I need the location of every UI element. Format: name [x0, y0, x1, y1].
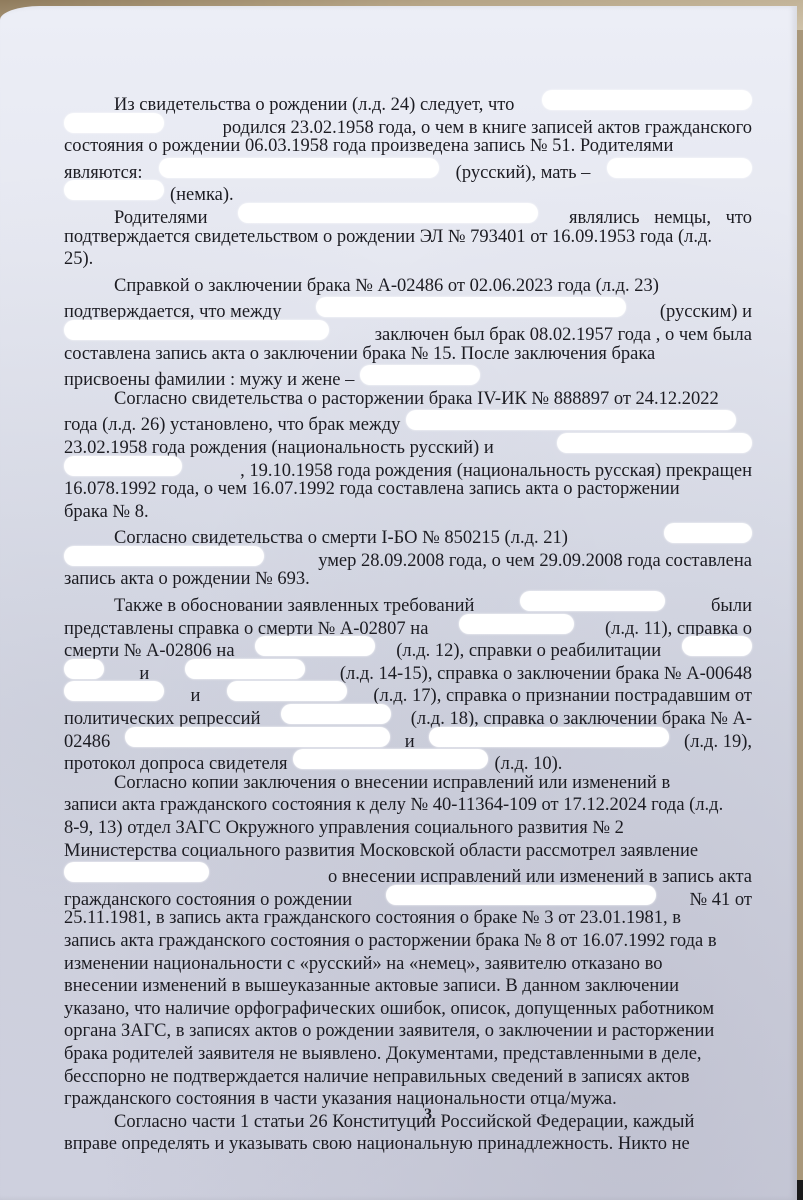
redacted-name [557, 433, 752, 453]
redacted-name [64, 180, 164, 200]
text-line: 8-9, 13) отдел ЗАГС Окружного управления… [64, 817, 624, 840]
paragraph-parents-germans: Родителями являлись немцы, что подтвержд… [64, 203, 752, 271]
text-line: Справкой о заключении брака № А-02486 от… [114, 275, 659, 298]
text-line: запись акта о рождении № 693. [64, 568, 310, 591]
paragraph-supporting-documents: Также в обосновании заявленных требовани… [64, 591, 752, 772]
redacted-name [255, 636, 375, 656]
paragraph-divorce-certificate: Согласно свидетельства о расторжении бра… [64, 388, 752, 524]
text-line: 02486 [64, 731, 110, 754]
redacted-name [185, 659, 305, 679]
text-line: записи акта гражданского состояния к дел… [64, 794, 723, 817]
text-line: запись акта гражданского состояния о рас… [64, 930, 717, 953]
redacted-name [542, 90, 752, 110]
text-line: (немка). [170, 184, 234, 207]
redacted-name [238, 203, 538, 223]
paragraph-birth-certificate: Из свидетельства о рождении (л.д. 24) сл… [64, 90, 752, 203]
text-line: (л.д. 19), [684, 731, 752, 754]
redacted-name [64, 659, 104, 679]
text-line: составлена запись акта о заключении брак… [64, 343, 655, 366]
text-line: (л.д. 17), справка о признании пострадав… [373, 685, 752, 708]
text-line: 25). [64, 248, 93, 271]
redacted-name [64, 456, 182, 476]
text-line: подтверждается свидетельством о рождении… [64, 226, 712, 249]
paragraph-zags-conclusion: Согласно копии заключения о внесении исп… [64, 772, 752, 1111]
text-line: Согласно части 1 статьи 26 Конституции Р… [114, 1111, 694, 1134]
text-line: представлены справка о смерти № А-02807 … [64, 618, 428, 641]
text-line: Согласно свидетельства о расторжении бра… [114, 388, 719, 411]
redacted-name [64, 320, 329, 340]
text-line: указано, что наличие орфографических оши… [64, 998, 714, 1021]
redacted-name [64, 681, 164, 701]
redacted-name [316, 297, 626, 317]
redacted-name [64, 113, 164, 133]
text-line: внесении изменений в вышеуказанные актов… [64, 975, 679, 998]
redacted-name [607, 158, 752, 178]
text-line: № 41 от [690, 889, 753, 912]
redacted-name [281, 704, 391, 724]
text-line: (л.д. 14-15), справка о заключении брака… [340, 663, 752, 686]
redacted-name [159, 158, 439, 178]
redacted-name [360, 365, 480, 385]
text-line: были [711, 595, 752, 618]
text-line: вправе определять и указывать свою нацио… [64, 1133, 690, 1156]
redacted-name [64, 546, 264, 566]
text-line: (русским) и [660, 301, 752, 324]
redacted-name [227, 681, 347, 701]
text-line: брака № 8. [64, 501, 149, 524]
paragraph-constitution: Согласно части 1 статьи 26 Конституции Р… [64, 1111, 752, 1156]
paragraph-death-certificate: Согласно свидетельства о смерти I-БО № 8… [64, 523, 752, 591]
redacted-name [406, 410, 736, 430]
text-line: Из свидетельства о рождении (л.д. 24) сл… [114, 94, 514, 117]
text-line: (л.д. 12), справки о реабилитации [396, 640, 661, 663]
redacted-name [293, 749, 488, 769]
text-line: состояния о рождении 06.03.1958 года про… [64, 135, 673, 158]
redacted-name [682, 636, 752, 656]
text-line: изменении национальности с «русский» на … [64, 953, 663, 976]
redacted-name [429, 727, 669, 747]
text-line: умер 28.09.2008 года, о чем 29.09.2008 г… [318, 550, 752, 573]
text-line: Также в обосновании заявленных требовани… [114, 595, 474, 618]
text-line: Согласно копии заключения о внесении исп… [114, 772, 670, 795]
text-line: (русский), мать – [456, 162, 591, 185]
text-line: брака родителей заявителя не выявлено. Д… [64, 1043, 702, 1066]
redacted-name [520, 591, 665, 611]
text-line: гражданского состояния в части указания … [64, 1088, 617, 1111]
text-line: Министерства социального развития Москов… [64, 840, 698, 863]
redacted-name [386, 885, 656, 905]
page-number: 3 [424, 1106, 432, 1124]
document-body: Из свидетельства о рождении (л.д. 24) сл… [64, 90, 752, 1156]
redacted-name [64, 862, 209, 882]
text-line: органа ЗАГС, в записях актов о рождении … [64, 1020, 714, 1043]
text-line: 16.078.1992 года, о чем 16.07.1992 года … [64, 478, 680, 501]
redacted-name [459, 614, 574, 634]
redacted-name [125, 727, 390, 747]
paragraph-marriage-certificate: Справкой о заключении брака № А-02486 от… [64, 275, 752, 388]
redacted-name [664, 523, 752, 543]
text-line: 25.11.1981, в запись акта гражданского с… [64, 907, 681, 930]
text-line: и [190, 685, 200, 708]
text-line: года (л.д. 26) установлено, что брак меж… [64, 414, 400, 437]
text-line: бесспорно не подтверждается наличие непр… [64, 1066, 690, 1089]
